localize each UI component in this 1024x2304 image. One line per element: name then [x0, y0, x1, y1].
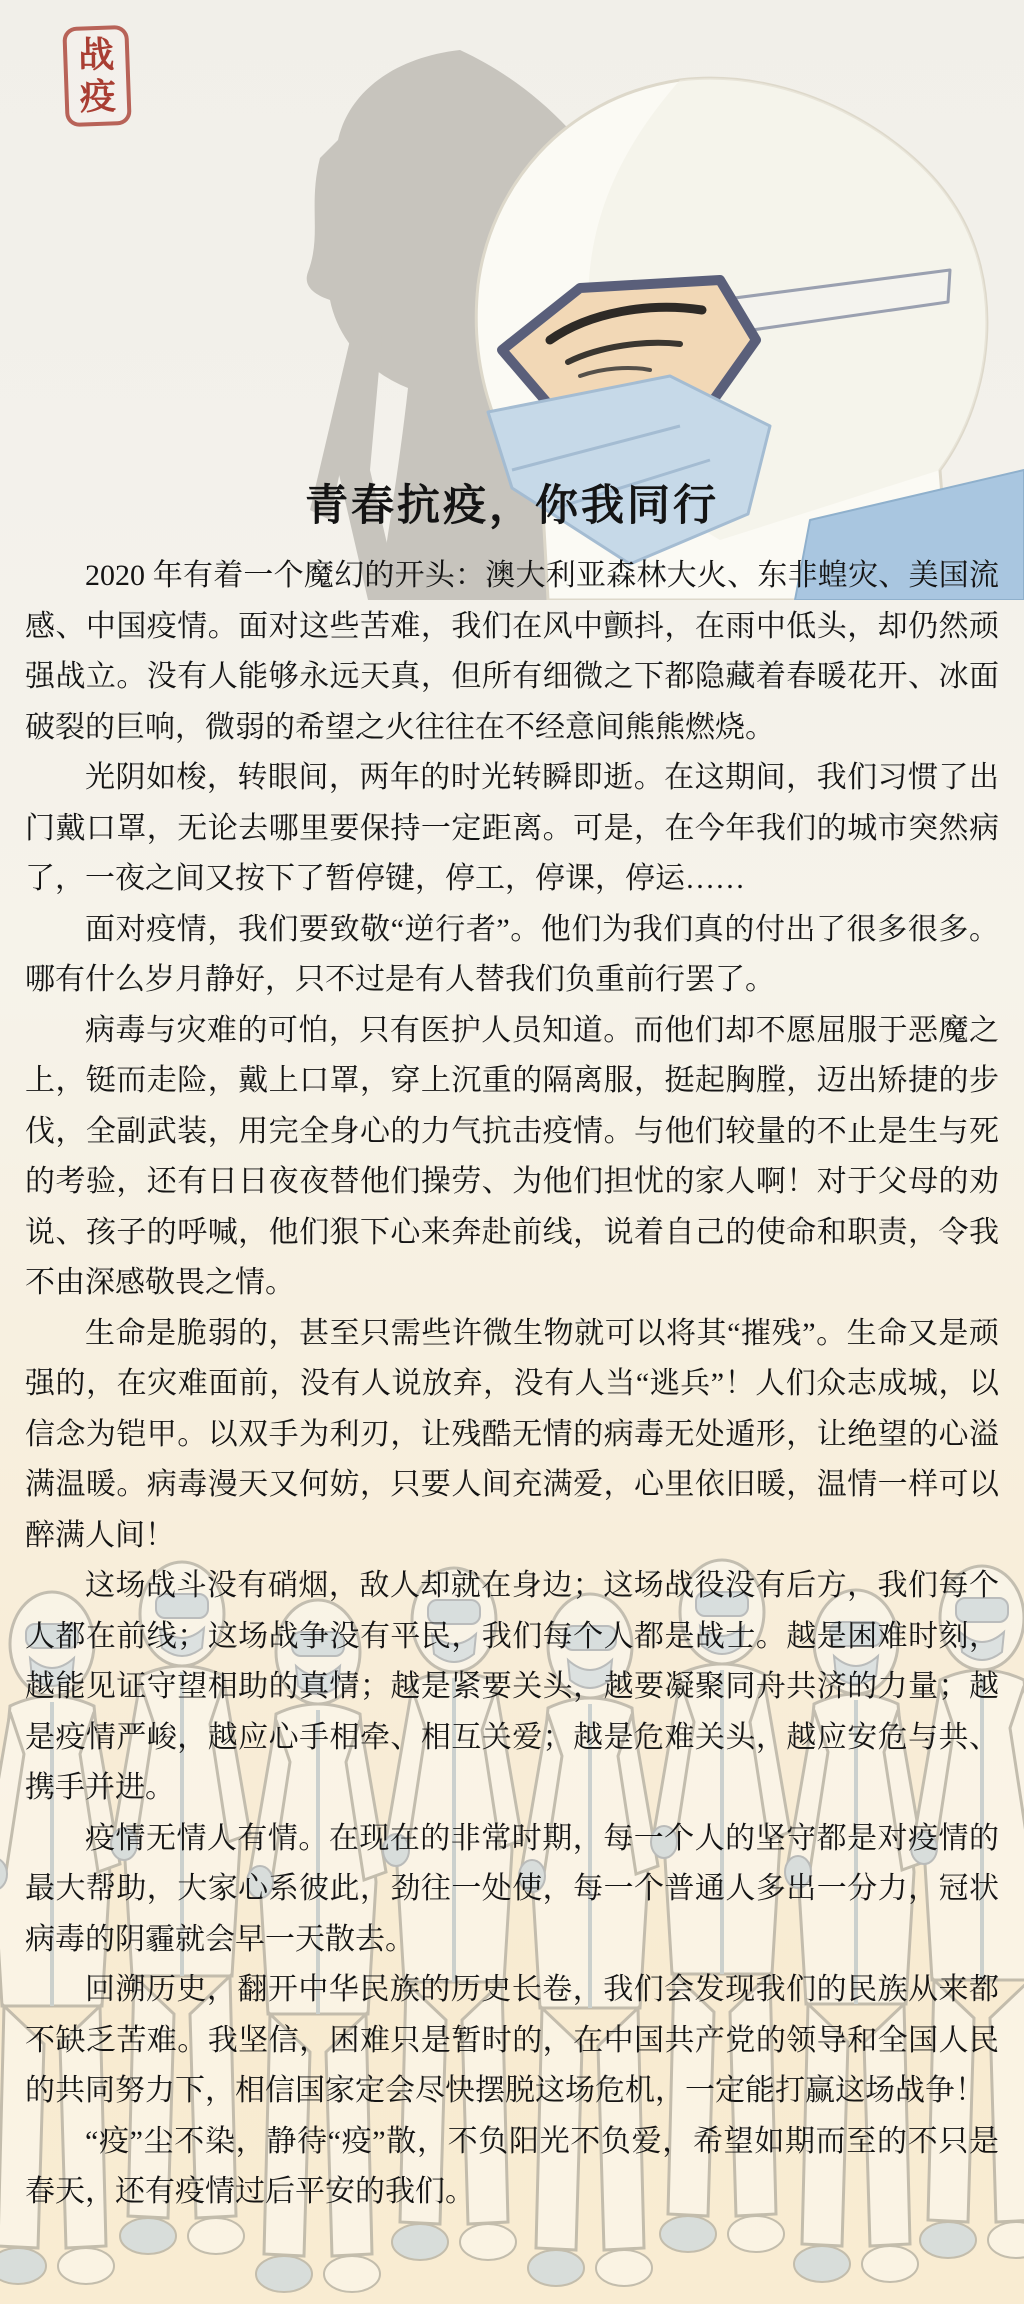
article-page: 战 疫 青春抗疫，你我同行 2020 年有着一个魔幻的开头：澳大利亚森林大火、东…: [0, 0, 1024, 2304]
paragraph-6: 这场战斗没有硝烟，敌人却就在身边；这场战役没有后方，我们每个人都在前线；这场战争…: [25, 1561, 999, 1814]
paragraph-8: 回溯历史，翻开中华民族的历史长卷，我们会发现我们的民族从来都不缺乏苦难。我坚信，…: [25, 1965, 999, 2117]
seal-char-top: 战: [78, 36, 115, 73]
seal-char-bottom: 疫: [79, 79, 116, 116]
paragraph-1: 2020 年有着一个魔幻的开头：澳大利亚森林大火、东非蝗灾、美国流感、中国疫情。…: [25, 551, 999, 753]
article-body: 2020 年有着一个魔幻的开头：澳大利亚森林大火、东非蝗灾、美国流感、中国疫情。…: [25, 551, 999, 2218]
paragraph-7: 疫情无情人有情。在现在的非常时期，每一个人的坚守都是对疫情的最大帮助，大家心系彼…: [25, 1814, 999, 1966]
zhanyi-seal: 战 疫: [62, 25, 131, 127]
page-title: 青春抗疫，你我同行: [0, 472, 1024, 533]
paragraph-4: 病毒与灾难的可怕，只有医护人员知道。而他们却不愿屈服于恶魔之上，铤而走险，戴上口…: [25, 1006, 999, 1309]
paragraph-5: 生命是脆弱的，甚至只需些许微生物就可以将其“摧残”。生命又是顽强的，在灾难面前，…: [25, 1309, 999, 1562]
paragraph-2: 光阴如梭，转眼间，两年的时光转瞬即逝。在这期间，我们习惯了出门戴口罩，无论去哪里…: [25, 753, 999, 905]
paragraph-9: “疫”尘不染，静待“疫”散，不负阳光不负爱，希望如期而至的不只是春天，还有疫情过…: [25, 2117, 999, 2218]
paragraph-3: 面对疫情，我们要致敬“逆行者”。他们为我们真的付出了很多很多。哪有什么岁月静好，…: [25, 905, 999, 1006]
